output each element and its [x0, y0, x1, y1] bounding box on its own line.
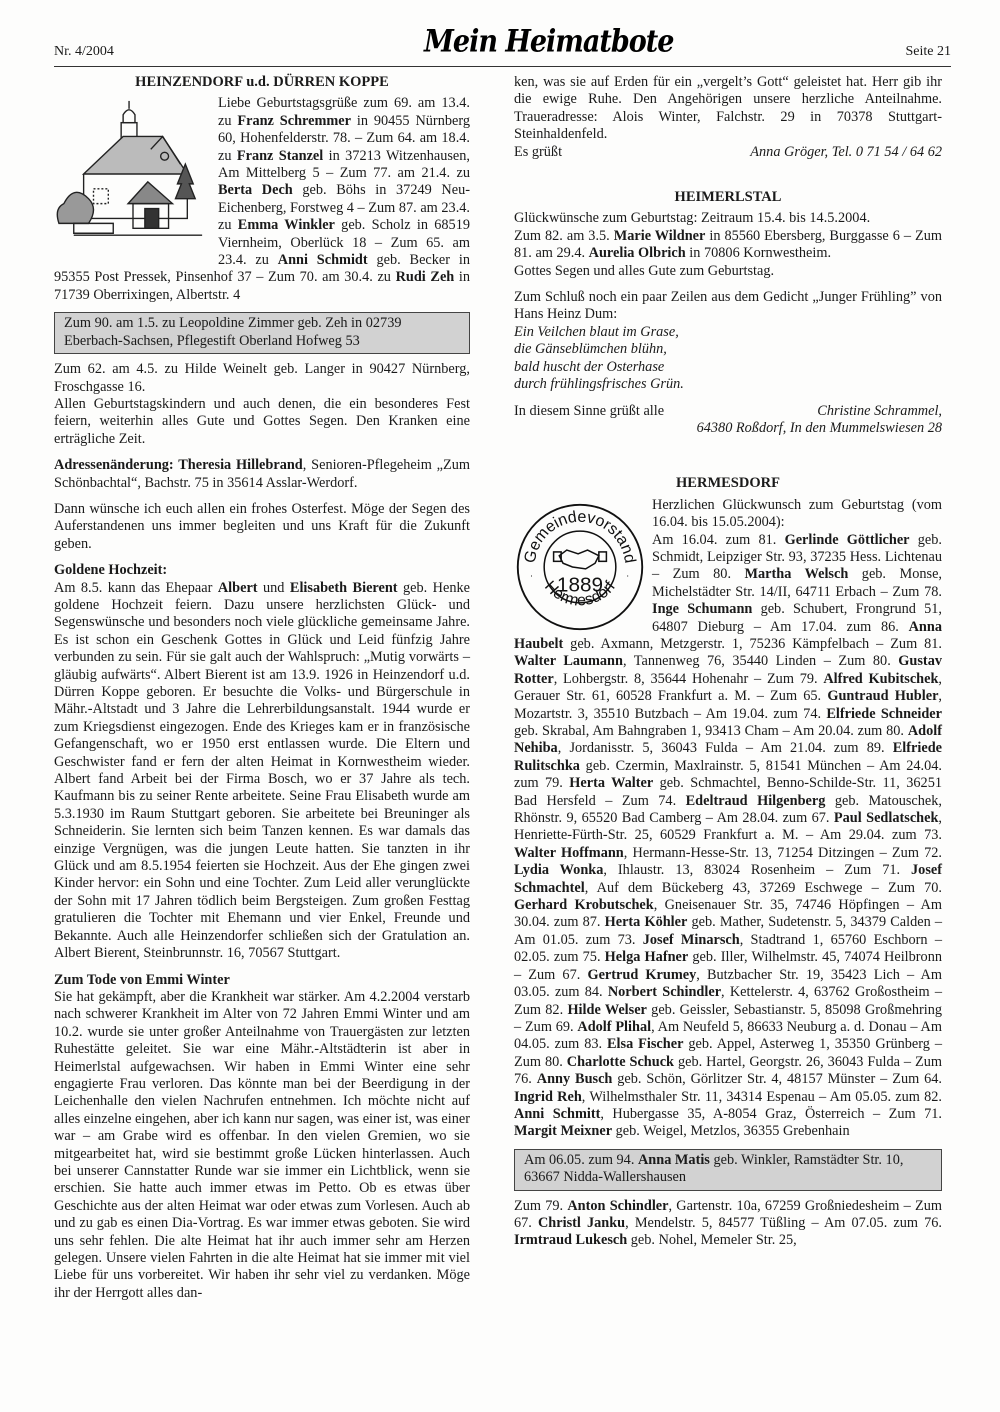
wishes-paragraph: Allen Geburtstagskindern und auch denen,…	[54, 396, 470, 448]
section-title-heinzendorf: HEINZENDORF u.d. DÜRREN KOPPE	[54, 74, 470, 91]
person-name: Hilde Welser	[567, 1002, 646, 1018]
handshake-icon	[554, 550, 607, 569]
person-name: Paul Sedlatschek	[834, 810, 939, 826]
person-name: Gerlinde Göttlicher	[785, 532, 910, 548]
birthday-paragraph-2: Zum 62. am 4.5. zu Hilde Weinelt geb. La…	[54, 361, 470, 396]
person-name: Gertrud Krumey	[587, 967, 696, 983]
easter-wishes-paragraph: Dann wünsche ich euch allen ein frohes O…	[54, 501, 470, 553]
person-name: Walter Laumann	[514, 653, 623, 669]
person-name: Lydia Wonka	[514, 862, 603, 878]
svg-text:Gemeindevorstand: Gemeindevorstand	[521, 507, 639, 564]
svg-text:1889: 1889	[557, 573, 603, 596]
person-name: Guntraud Hubler	[827, 688, 938, 704]
person-name: Walter Hoffmann	[514, 845, 624, 861]
person-name: Margit Meixner	[514, 1123, 612, 1139]
signature-address-schrammel: 64380 Roßdorf, In den Mummelswiesen 28	[514, 420, 942, 437]
heimerlstal-intro: Glückwünsche zum Geburtstag: Zeitraum 15…	[514, 210, 942, 227]
person-name: Martha Welsch	[745, 566, 849, 582]
heimerlstal-birthdays: Zum 82. am 3.5. Marie Wildner in 85560 E…	[514, 228, 942, 263]
church-illustration-icon	[54, 95, 212, 253]
person-name: Helga Hafner	[605, 949, 689, 965]
left-column: HEINZENDORF u.d. DÜRREN KOPPE	[54, 74, 470, 1302]
poem: Ein Veilchen blaut im Grase, die Gänsebl…	[514, 324, 942, 394]
person-name: Anton Schindler	[567, 1198, 668, 1214]
hermesdorf-birthday-list-continued: Zum 79. Anton Schindler, Gartenstr. 10a,…	[514, 1198, 942, 1250]
golden-wedding-title: Goldene Hochzeit:	[54, 562, 470, 579]
person-name: Adolf Plihal	[577, 1019, 651, 1035]
poem-intro: Zum Schluß noch ein paar Zeilen aus dem …	[514, 289, 942, 324]
obituary-title: Zum Tode von Emmi Winter	[54, 972, 470, 989]
person-name: Norbert Schindler	[608, 984, 721, 1000]
section-title-hermesdorf: HERMESDORF	[514, 475, 942, 492]
highlight-box-leopoldine: Zum 90. am 1.5. zu Leopoldine Zimmer geb…	[54, 312, 470, 354]
heimerlstal-blessing: Gottes Segen und alles Gute zum Geburtst…	[514, 263, 942, 280]
person-name: Anna Matis	[638, 1152, 710, 1168]
obituary-text: Sie hat gekämpft, aber die Krankheit war…	[54, 989, 470, 1302]
community-seal-icon: Gemeindevorstand Hermesdorf · · 1889	[514, 501, 646, 633]
address-change-paragraph: Adressenänderung: Theresia Hillebrand, S…	[54, 457, 470, 492]
signature-groeger: Anna Gröger, Tel. 0 71 54 / 64 62	[750, 144, 942, 161]
person-name: Alfred Kubitschek	[823, 671, 938, 687]
person-name: Herta Walter	[569, 775, 653, 791]
person-name: Elfriede Schneider	[826, 706, 942, 722]
signature-row-schrammel: In diesem Sinne grüßt alle Christine Sch…	[514, 403, 942, 420]
obituary-continuation: ken, was sie auf Erden für ein „vergelt’…	[514, 74, 942, 144]
person-name: Anny Busch	[537, 1071, 613, 1087]
right-column: ken, was sie auf Erden für ein „vergelt’…	[514, 74, 942, 1250]
person-name: Anni Schmitt	[514, 1106, 600, 1122]
highlight-box-anna-matis: Am 06.05. zum 94. Anna Matis geb. Winkle…	[514, 1149, 942, 1191]
section-title-heimerlstal: HEIMERLSTAL	[514, 189, 942, 206]
masthead-logo: Mein Heimatbote	[424, 24, 673, 60]
person-name: Elsa Fischer	[607, 1036, 683, 1052]
person-name: Ingrid Reh	[514, 1089, 582, 1105]
svg-text:·: ·	[626, 569, 629, 580]
person-name: Christl Janku	[538, 1215, 625, 1231]
person-name: Josef Minarsch	[643, 932, 740, 948]
person-name: Inge Schumann	[652, 601, 752, 617]
person-name: Irmtraud Lukesch	[514, 1232, 627, 1248]
svg-text:·: ·	[530, 569, 533, 580]
person-name: Edeltraud Hilgenberg	[686, 793, 826, 809]
person-name: Charlotte Schuck	[567, 1054, 674, 1070]
page-number: Seite 21	[906, 44, 952, 60]
page-header: Nr. 4/2004 Mein Heimatbote Seite 21	[54, 0, 951, 67]
person-name: Herta Köhler	[605, 914, 688, 930]
golden-wedding-text: Am 8.5. kann das Ehepaar Albert und Elis…	[54, 580, 470, 963]
person-name: Gerhard Krobutschek	[514, 897, 654, 913]
newspaper-page: Nr. 4/2004 Mein Heimatbote Seite 21 HEIN…	[54, 0, 951, 1412]
issue-number: Nr. 4/2004	[54, 44, 114, 60]
signature-row-groeger: Es grüßt Anna Gröger, Tel. 0 71 54 / 64 …	[514, 144, 942, 161]
